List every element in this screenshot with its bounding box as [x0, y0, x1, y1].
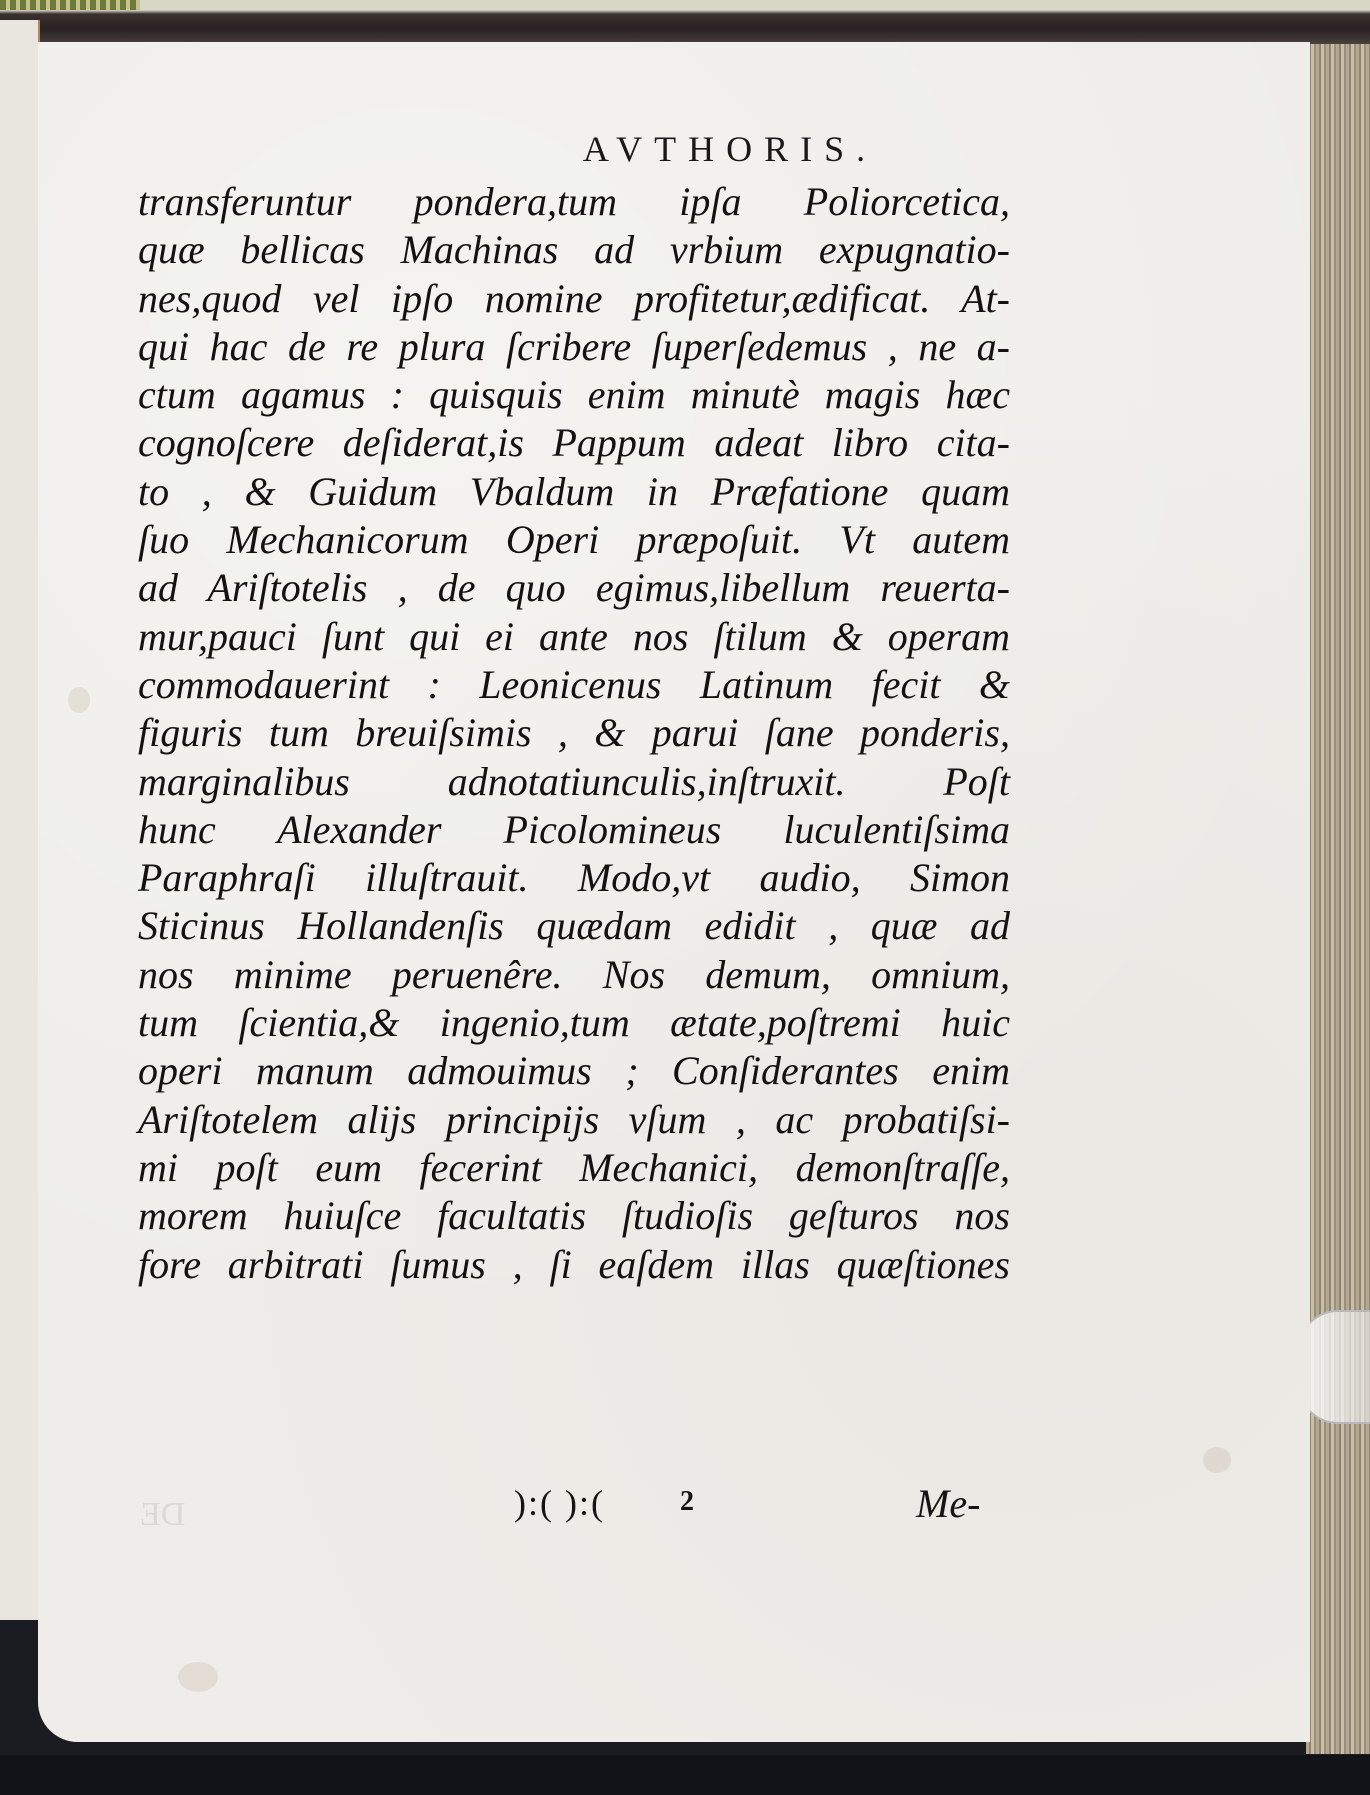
- text-line: marginalibus adnotatiunculis,inſtruxit. …: [138, 758, 1010, 806]
- text-line: hunc Alexander Picolomineus luculentiſsi…: [138, 806, 1010, 854]
- text-line: transferuntur pondera,tum ipſa Poliorcet…: [138, 178, 1010, 226]
- text-line: mur,pauci ſunt qui ei ante nos ſtilum & …: [138, 613, 1010, 661]
- text-line: figuris tum breuiſsimis , & parui ſane p…: [138, 709, 1010, 757]
- text-line: mi poſt eum fecerint Mechanici, demonſtr…: [138, 1144, 1010, 1192]
- folio-number: 2: [680, 1486, 694, 1518]
- text-line: ctum agamus : quisquis enim minutè magis…: [138, 371, 1010, 419]
- text-line: tum ſcientia,& ingenio,tum ætate,poſtrem…: [138, 999, 1010, 1047]
- page-footer: ):( ):( 2 Me-: [0, 1482, 1370, 1542]
- signature-mark: ):( ):(: [514, 1482, 605, 1524]
- text-line: Paraphraſi illuſtrauit. Modo,vt audio, S…: [138, 854, 1010, 902]
- text-line: to , & Guidum Vbaldum in Præfatione quam: [138, 468, 1010, 516]
- text-line: nes,quod vel ipſo nomine profitetur,ædif…: [138, 275, 1010, 323]
- text-line: operi manum admouimus ; Conſiderantes en…: [138, 1047, 1010, 1095]
- running-head: AVTHORIS.: [0, 128, 1370, 170]
- foxing-stain: [1203, 1447, 1231, 1473]
- text-line: ad Ariſtotelis , de quo egimus,libellum …: [138, 564, 1010, 612]
- text-line: cognoſcere deſiderat,is Pappum adeat lib…: [138, 419, 1010, 467]
- text-line: Sticinus Hollandenſis quædam edidit , qu…: [138, 902, 1010, 950]
- foxing-stain: [68, 687, 90, 713]
- text-line: quæ bellicas Machinas ad vrbium expugnat…: [138, 226, 1010, 274]
- foxing-stain: [178, 1662, 218, 1692]
- table-surface: [0, 1755, 1370, 1795]
- previous-page-edge: [0, 20, 40, 1620]
- text-line: nos minime peruenêre. Nos demum, omnium,: [138, 951, 1010, 999]
- text-line: commodauerint : Leonicenus Latinum fecit…: [138, 661, 1010, 709]
- text-line: morem huiuſce facultatis ſtudioſis geſtu…: [138, 1192, 1010, 1240]
- catchword: Me-: [916, 1480, 980, 1527]
- text-line: fore arbitrati ſumus , ſi eaſdem illas q…: [138, 1241, 1010, 1289]
- body-text: transferuntur pondera,tum ipſa Poliorcet…: [138, 178, 1010, 1289]
- book-top-binding: [0, 0, 1370, 48]
- text-line: qui hac de re plura ſcribere ſuperſedemu…: [138, 323, 1010, 371]
- headband: [0, 0, 140, 10]
- text-line: ſuo Mechanicorum Operi præpoſuit. Vt aut…: [138, 516, 1010, 564]
- text-line: Ariſtotelem alijs principijs vſum , ac p…: [138, 1096, 1010, 1144]
